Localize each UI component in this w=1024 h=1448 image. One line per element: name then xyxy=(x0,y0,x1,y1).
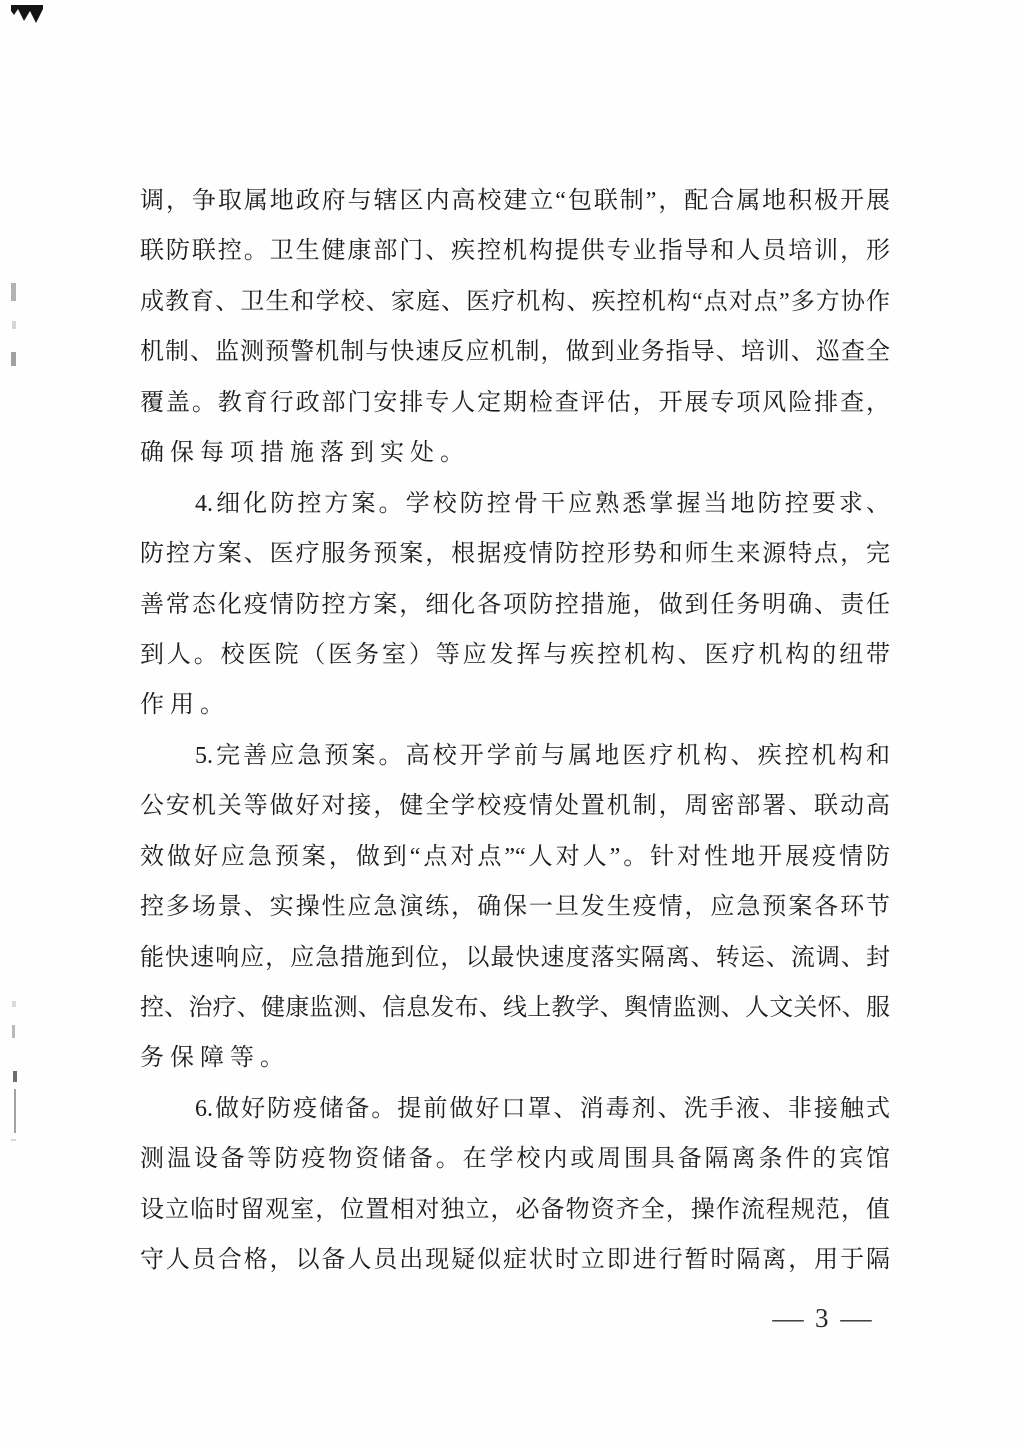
text-line: 测温设备等防疫物资储备。在学校内或周围具备隔离条件的宾馆 xyxy=(140,1134,890,1184)
scan-artifact xyxy=(11,1139,16,1141)
scan-artifact xyxy=(12,1025,15,1038)
text-line: 到人。校医院（医务室）等应发挥与疾控机构、医疗机构的纽带 xyxy=(140,630,890,680)
text-line: 守人员合格，以备人员出现疑似症状时立即进行暂时隔离，用于隔 xyxy=(140,1235,890,1285)
text-line: 成教育、卫生和学校、家庭、医疗机构、疾控机构“点对点”多方协作 xyxy=(140,277,890,327)
text-line: 联防联控。卫生健康部门、疾控机构提供专业指导和人员培训，形 xyxy=(140,226,890,276)
text-line: 公安机关等做好对接，健全学校疫情处置机制，周密部署、联动高 xyxy=(140,781,890,831)
text-line: 6.做好防疫储备。提前做好口罩、消毒剂、洗手液、非接触式 xyxy=(140,1084,890,1134)
text-line: 能快速响应，应急措施到位，以最快速度落实隔离、转运、流调、封 xyxy=(140,933,890,983)
footer-dash-right: — xyxy=(840,1304,871,1334)
footer-dash-left: — xyxy=(772,1304,803,1334)
page-footer: — 3 — xyxy=(775,1303,895,1334)
scan-artifact xyxy=(12,321,16,329)
text-line: 覆盖。教育行政部门安排专人定期检查评估，开展专项风险排查， xyxy=(140,378,890,428)
text-line: 作用。 xyxy=(140,680,890,730)
scan-artifact xyxy=(12,1001,16,1007)
text-line: 务保障等。 xyxy=(140,1033,890,1083)
document-lines: 调，争取属地政府与辖区内高校建立“包联制”，配合属地积极开展联防联控。卫生健康部… xyxy=(140,176,890,1286)
text-line: 善常态化疫情防控方案，细化各项防控措施，做到任务明确、责任 xyxy=(140,580,890,630)
text-line: 机制、监测预警机制与快速反应机制，做到业务指导、培训、巡查全 xyxy=(140,327,890,377)
text-line: 控、治疗、健康监测、信息发布、线上教学、舆情监测、人文关怀、服 xyxy=(140,983,890,1033)
text-line: 5.完善应急预案。高校开学前与属地医疗机构、疾控机构和 xyxy=(140,731,890,781)
document-page: 调，争取属地政府与辖区内高校建立“包联制”，配合属地积极开展联防联控。卫生健康部… xyxy=(0,0,1024,1448)
text-line: 效做好应急预案，做到“点对点”“人对人”。针对性地开展疫情防 xyxy=(140,832,890,882)
scan-artifact xyxy=(13,1071,17,1082)
text-line: 控多场景、实操性应急演练，确保一旦发生疫情，应急预案各环节 xyxy=(140,882,890,932)
text-line: 确保每项措施落到实处。 xyxy=(140,428,890,478)
page-number: 3 xyxy=(815,1303,829,1334)
text-line: 设立临时留观室，位置相对独立，必备物资齐全，操作流程规范，值 xyxy=(140,1185,890,1235)
scan-artifact xyxy=(11,283,16,301)
text-line: 防控方案、医疗服务预案，根据疫情防控形势和师生来源特点，完 xyxy=(140,529,890,579)
scan-artifact-corner-icon xyxy=(10,4,46,28)
scan-artifact xyxy=(14,1089,16,1133)
text-line: 调，争取属地政府与辖区内高校建立“包联制”，配合属地积极开展 xyxy=(140,176,890,226)
scan-artifact xyxy=(11,352,16,366)
text-line: 4.细化防控方案。学校防控骨干应熟悉掌握当地防控要求、 xyxy=(140,479,890,529)
